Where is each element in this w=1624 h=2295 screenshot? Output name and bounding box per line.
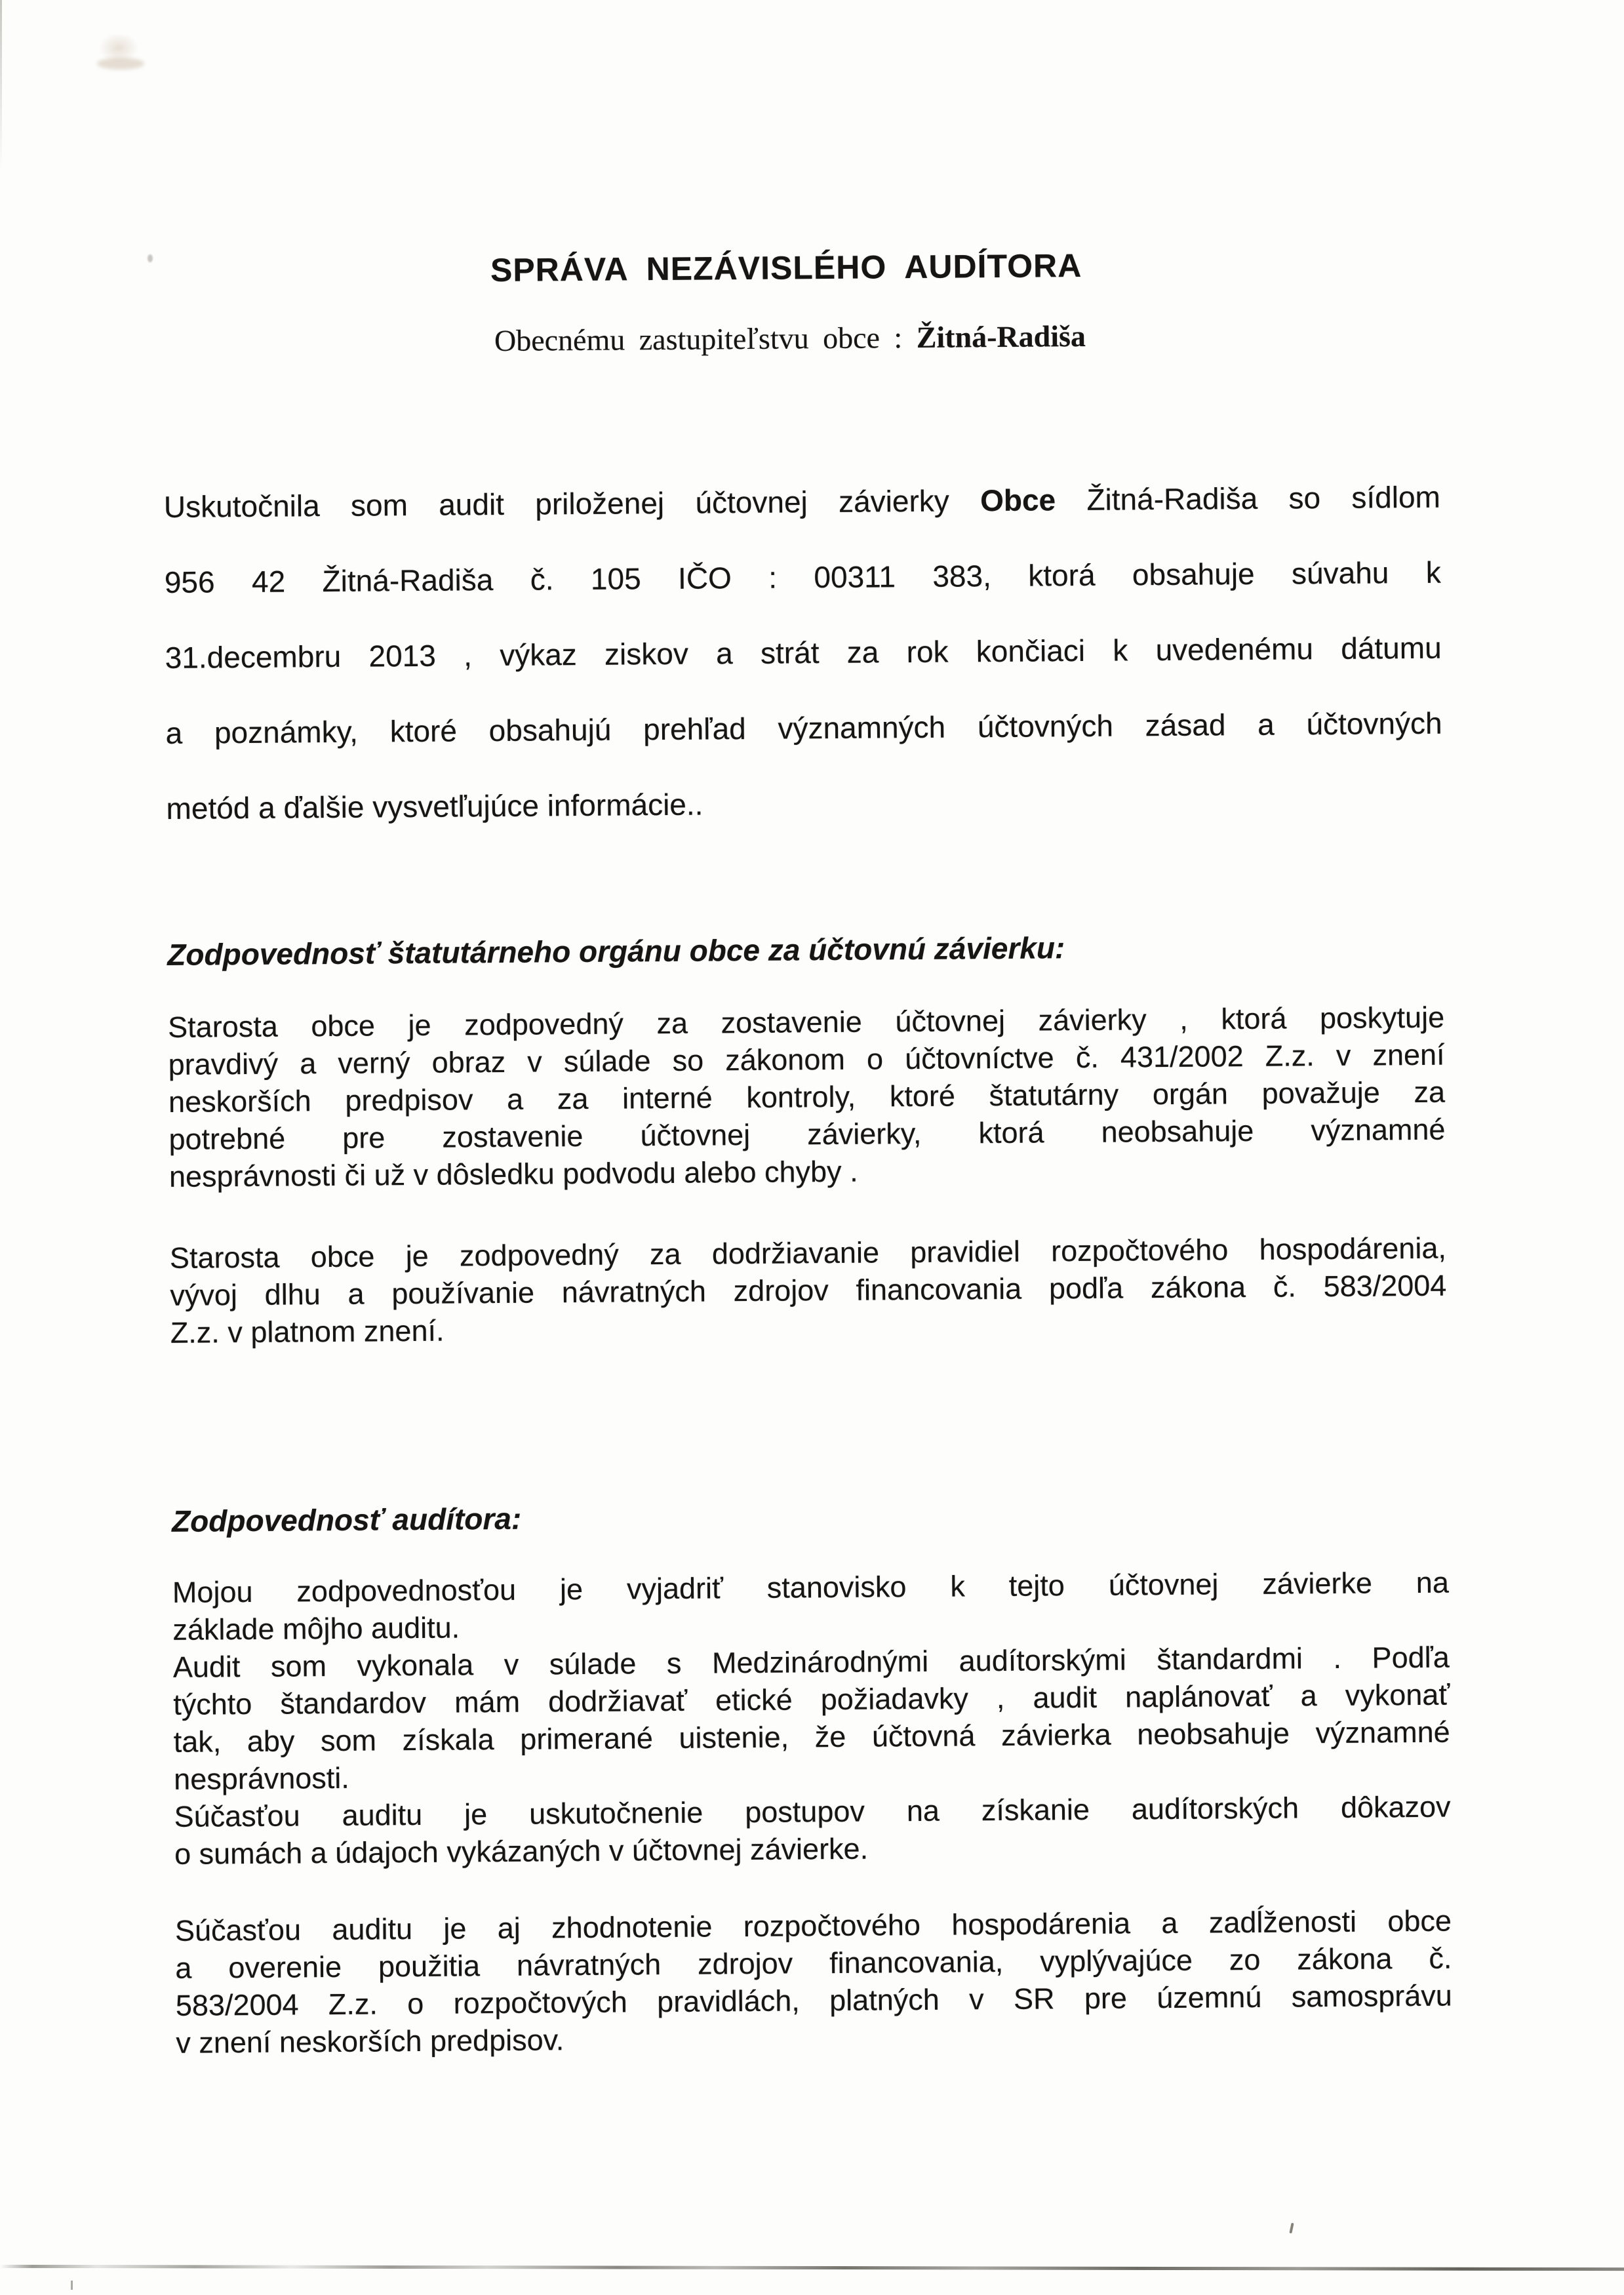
document-title: SPRÁVA NEZÁVISLÉHO AUDÍTORA <box>0 243 1579 292</box>
management-paragraph-2: Starosta obce je zodpovedný za dodržiava… <box>170 1229 1447 1351</box>
auditor-paragraph-2: Súčasťou auditu je aj zhodnotenie rozpoč… <box>175 1902 1453 2062</box>
document-content: SPRÁVA NEZÁVISLÉHO AUDÍTORA Obecnému zas… <box>0 0 1624 2295</box>
scan-smudge-artifact <box>97 58 144 70</box>
scan-edge-artifact <box>0 0 2 170</box>
section-heading-auditor-responsibility: Zodpovednosť audítora: <box>172 1500 522 1540</box>
text-line: 31.decembru 2013 , výkaz ziskov a strát … <box>165 610 1442 696</box>
management-paragraph-1: Starosta obce je zodpovedný za zostaveni… <box>168 999 1446 1195</box>
addressee-line: Obecnému zastupiteľstvu obce : Žitná-Rad… <box>0 314 1587 363</box>
text-run: Žitná-Radiša so sídlom <box>1086 480 1440 517</box>
text-line: metód a ďalšie vysvetľujúce informácie.. <box>166 761 1443 847</box>
text-run: Uskutočnila som audit priloženej účtovne… <box>164 484 949 524</box>
addressee-municipality: Žitná-Radiša <box>917 319 1086 354</box>
addressee-prefix: Obecnému zastupiteľstvu obce : <box>494 321 903 357</box>
scanned-audit-report-page: SPRÁVA NEZÁVISLÉHO AUDÍTORA Obecnému zas… <box>0 0 1624 2295</box>
scan-speck-artifact <box>71 2281 73 2290</box>
auditor-paragraph-1: Mojou zodpovednosťou je vyjadriť stanovi… <box>172 1564 1452 1873</box>
scan-speck-artifact <box>148 254 153 262</box>
text-run-bold: Obce <box>980 483 1056 517</box>
intro-paragraph: Uskutočnila som audit priloženej účtovne… <box>163 460 1442 847</box>
text-line: a poznámky, ktoré obsahujú prehľad význa… <box>165 686 1442 771</box>
section-heading-management-responsibility: Zodpovednosť štatutárneho orgánu obce za… <box>167 929 1065 973</box>
text-line: 956 42 Žitná-Radiša č. 105 IČO : 00311 3… <box>164 535 1441 620</box>
text-line: Uskutočnila som audit priloženej účtovne… <box>163 460 1440 545</box>
